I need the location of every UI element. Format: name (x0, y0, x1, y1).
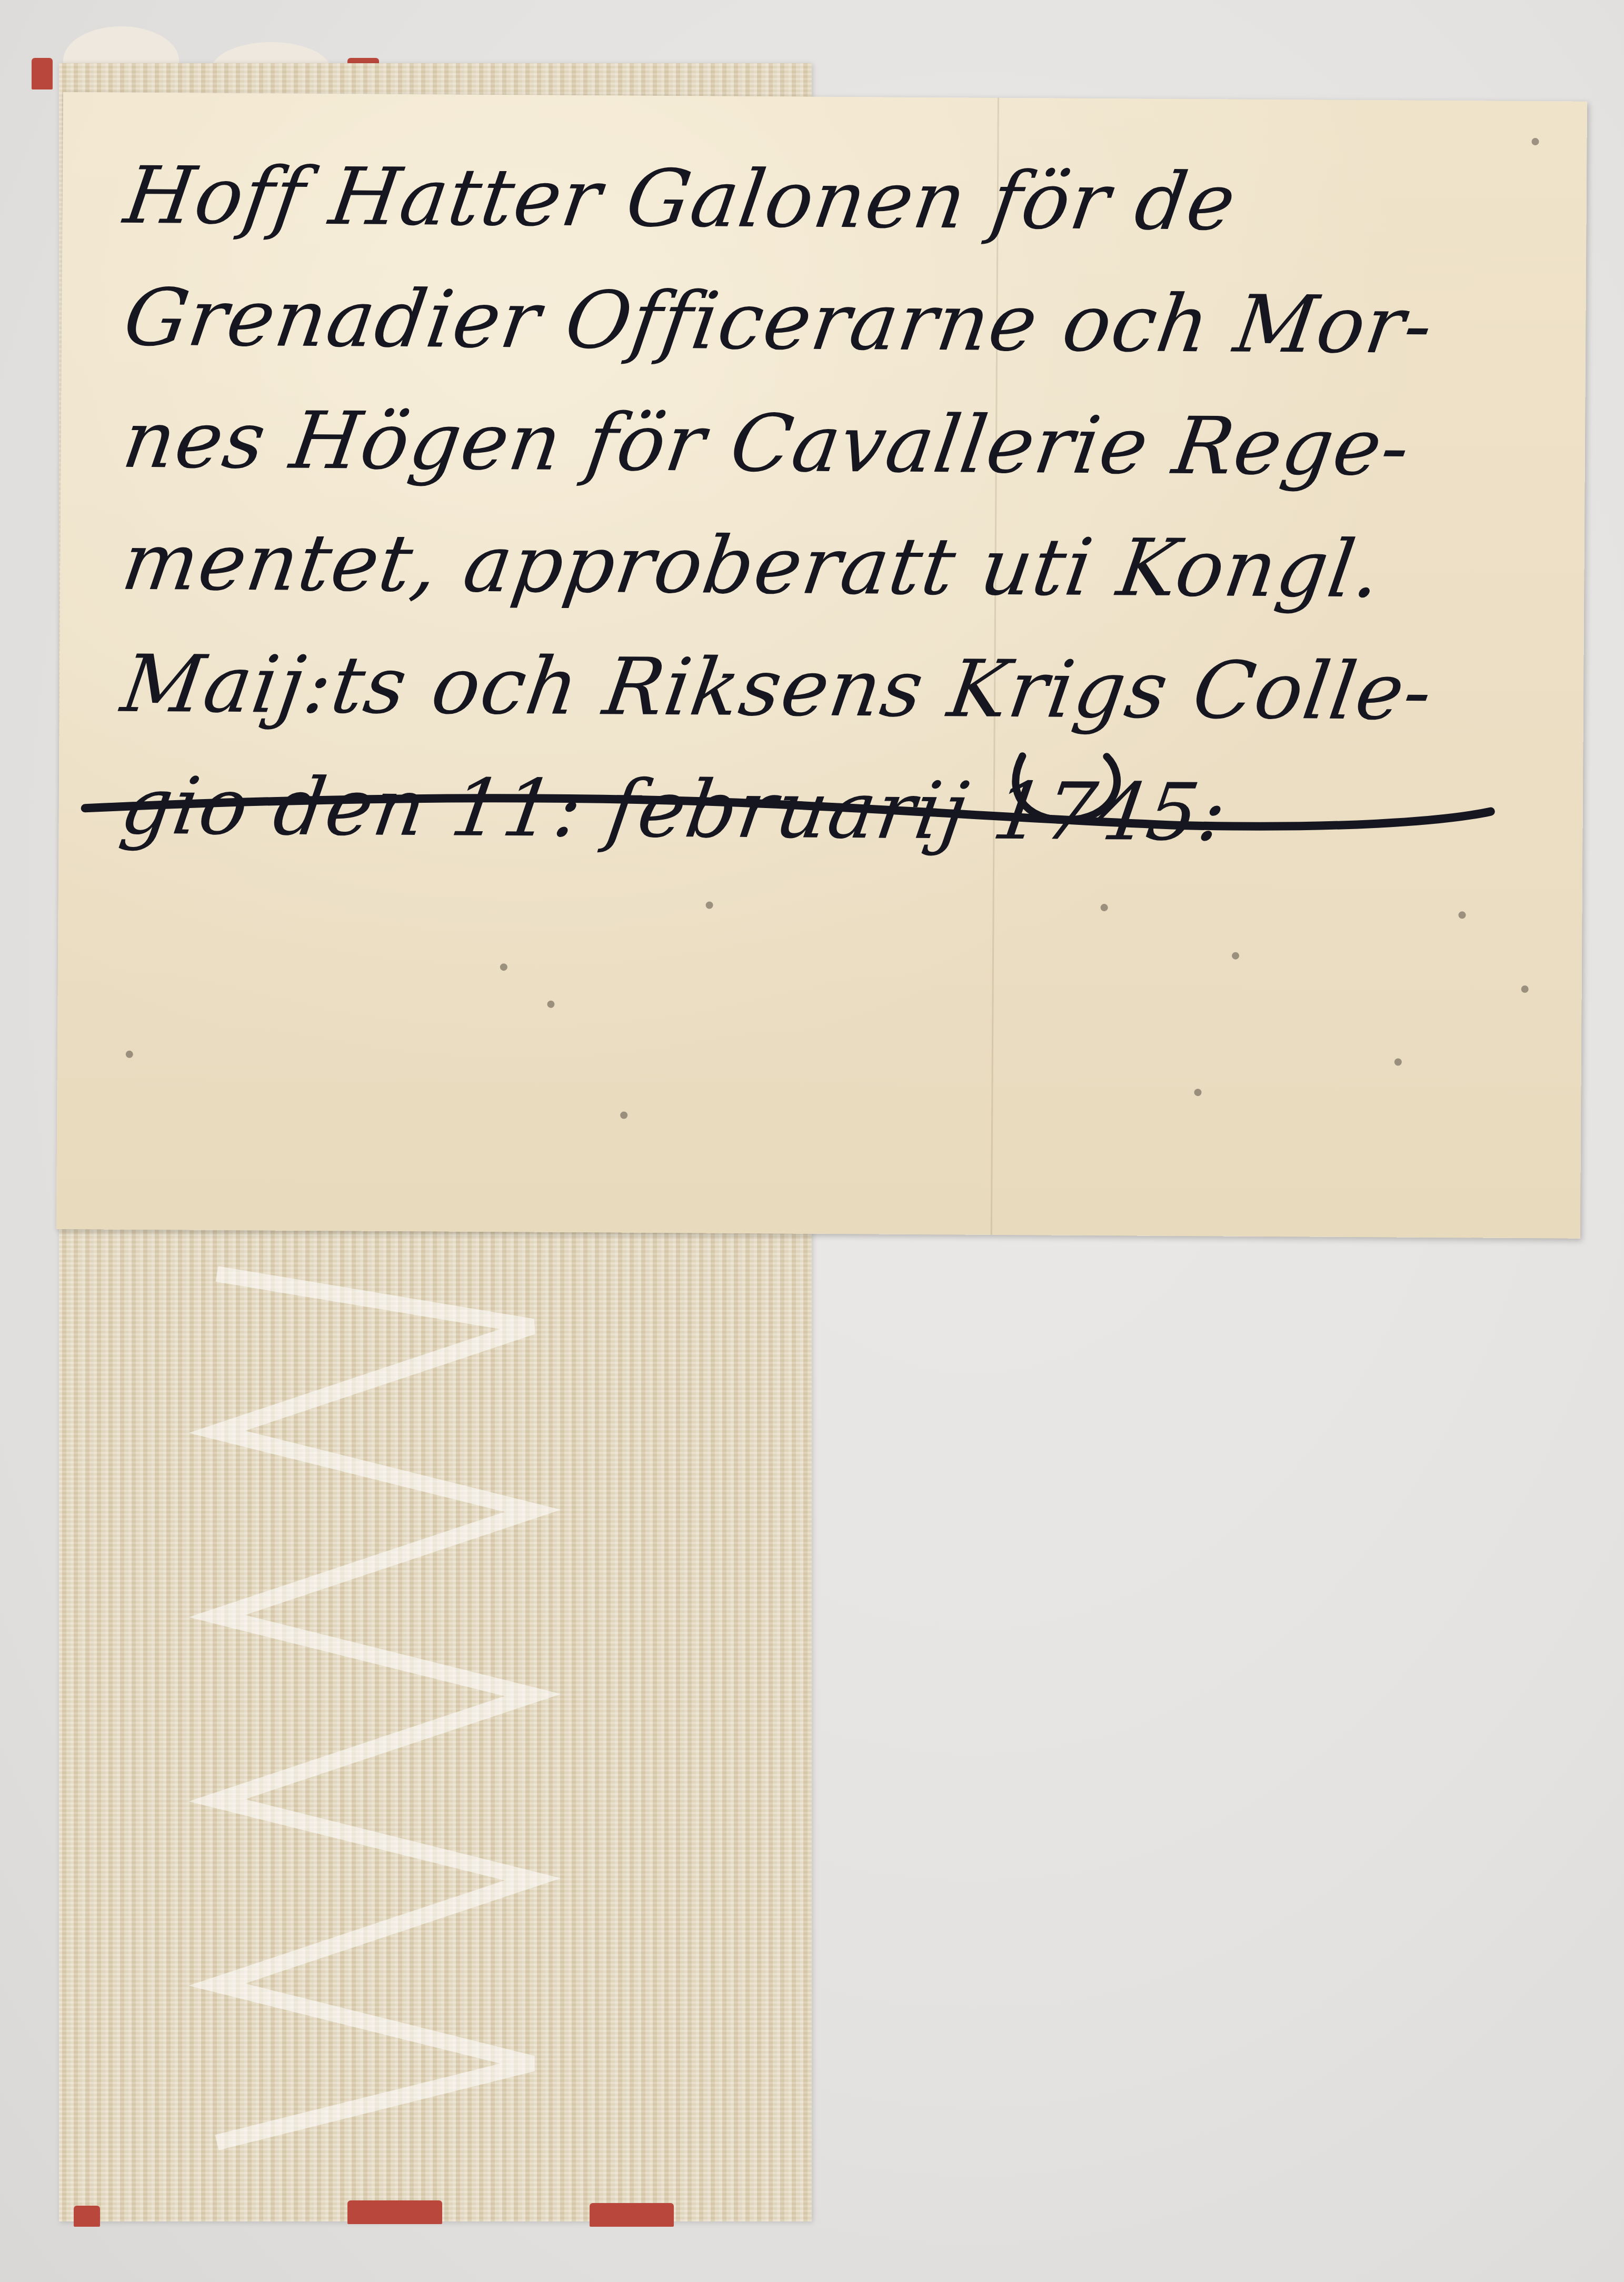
document-paper: Hoff Hatter Galonen för de Grenadier Off… (56, 92, 1587, 1239)
text-line-5: Maij:ts och Riksens Krigs Colle- (114, 623, 1563, 754)
text-line-1: Hoff Hatter Galonen för de (117, 135, 1567, 265)
text-line-2: Grenadier Officerarne och Mor- (116, 257, 1566, 387)
signature-flourish (74, 740, 1496, 864)
ribbon-bottom-fringe (32, 2195, 816, 2258)
text-line-4: mentet, approberatt uti Kongl. (115, 501, 1565, 632)
text-line-3: nes Högen för Cavallerie Rege- (115, 379, 1565, 510)
